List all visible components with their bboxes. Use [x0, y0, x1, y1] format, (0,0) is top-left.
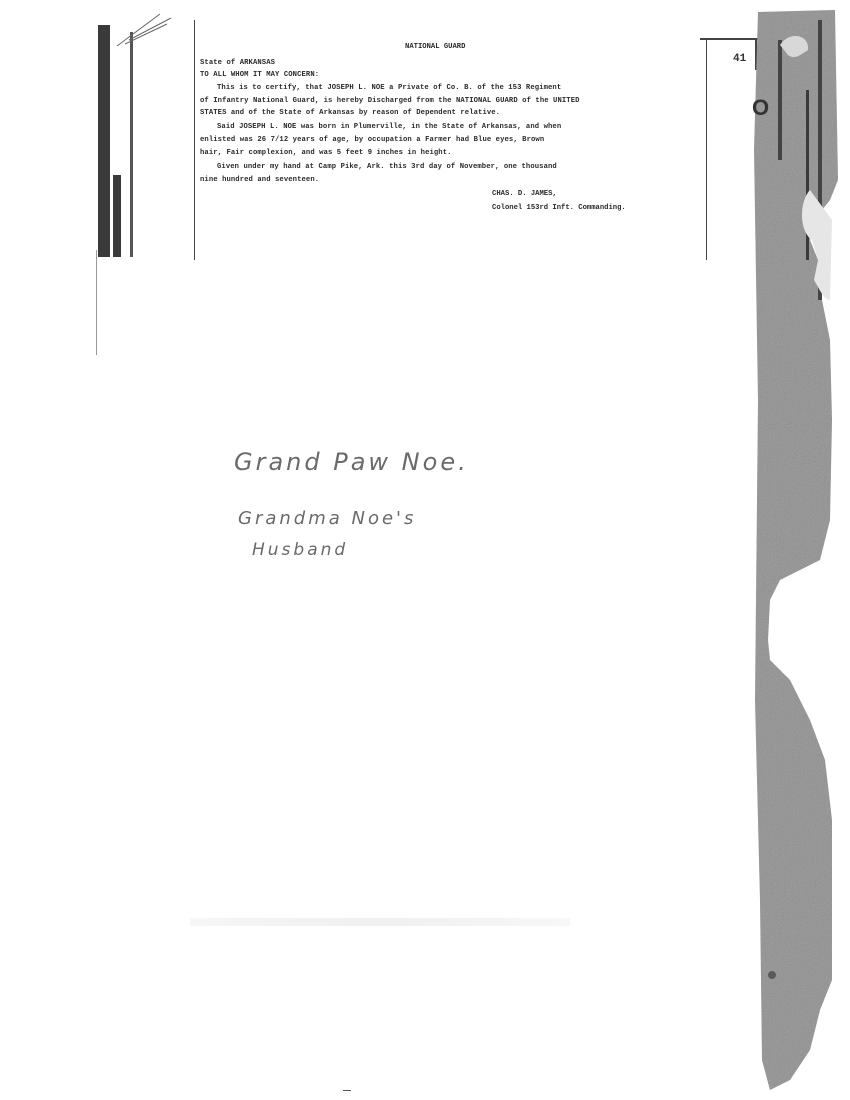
state-line: State of ARKANSAS	[200, 59, 275, 67]
torn-page-edge-shadow	[740, 0, 850, 1100]
salutation: TO ALL WHOM IT MAY CONCERN:	[200, 71, 319, 79]
pen-scratch-mark	[115, 10, 175, 50]
handwritten-note-husband: Husband	[252, 540, 348, 560]
document-frame-right	[706, 40, 707, 260]
body-line-4: Said JOSEPH L. NOE was born in Plumervil…	[200, 123, 561, 131]
body-line-1: This is to certify, that JOSEPH L. NOE a…	[200, 84, 561, 92]
body-line-8: nine hundred and seventeen.	[200, 176, 319, 184]
margin-letter: O	[752, 95, 769, 121]
body-line-2: of Infantry National Guard, is hereby Di…	[200, 97, 580, 105]
faint-bleed-through-text	[190, 918, 570, 926]
body-line-5: enlisted was 26 7/12 years of age, by oc…	[200, 136, 544, 144]
handwritten-note-grandpaw: Grand Paw Noe.	[234, 448, 469, 476]
binder-strip-left	[98, 25, 110, 257]
margin-tick-line	[96, 250, 97, 355]
signature-name: CHAS. D. JAMES,	[492, 190, 557, 198]
handwritten-note-grandma: Grandma Noe's	[238, 508, 416, 529]
document-heading: NATIONAL GUARD	[405, 43, 465, 51]
body-line-7: Given under my hand at Camp Pike, Ark. t…	[200, 163, 557, 171]
binder-rule-left	[130, 32, 133, 257]
signature-title: Colonel 153rd Inft. Commanding.	[492, 204, 626, 212]
bottom-mark	[343, 1090, 351, 1091]
body-line-6: hair, Fair complexion, and was 5 feet 9 …	[200, 149, 452, 157]
document-frame-left	[194, 20, 195, 260]
body-line-3: STATES and of the State of Arkansas by r…	[200, 109, 500, 117]
binder-strip-inner	[113, 175, 121, 257]
margin-number: 41	[733, 53, 746, 65]
